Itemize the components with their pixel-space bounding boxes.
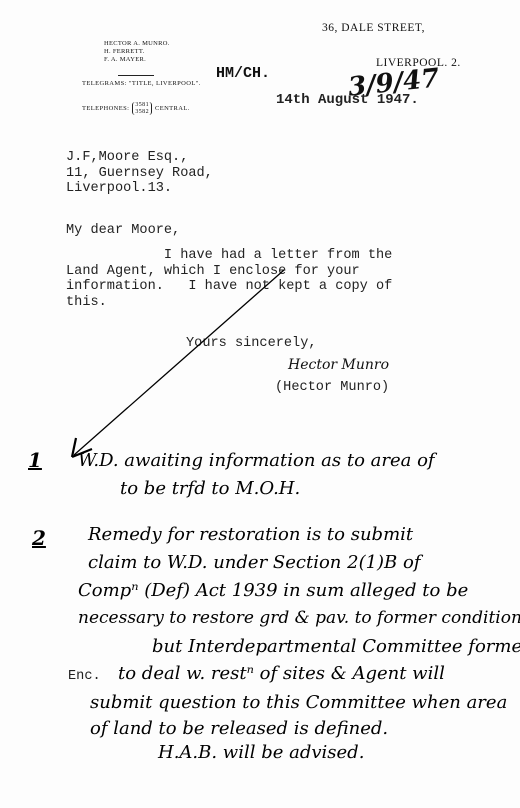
telegrams-line: TELEGRAMS: "TITLE, LIVERPOOL". bbox=[82, 80, 201, 87]
annotation-line: but Interdepartmental Committee formed bbox=[152, 636, 520, 657]
annotation-line: Compⁿ (Def) Act 1939 in sum alleged to b… bbox=[78, 580, 468, 601]
partner-name: F. A. MAYER. bbox=[104, 56, 170, 64]
partner-name: HECTOR A. MUNRO. bbox=[104, 40, 170, 48]
annotation-line: necessary to restore grd & pav. to forme… bbox=[78, 608, 520, 628]
telephones-label: TELEPHONES: bbox=[82, 105, 129, 112]
recipient-line: 11, Guernsey Road, bbox=[66, 166, 213, 182]
signature: Hector Munro bbox=[288, 357, 389, 373]
enclosure-note: Enc. bbox=[68, 669, 101, 685]
recipient-line: Liverpool.13. bbox=[66, 181, 213, 197]
letterhead-divider bbox=[118, 75, 154, 76]
signed-name: (Hector Munro) bbox=[275, 380, 389, 396]
annotation-line: W.D. awaiting information as to area of bbox=[78, 450, 435, 471]
partner-name: H. FERRETT. bbox=[104, 48, 170, 56]
closing: Yours sincerely, bbox=[186, 336, 317, 352]
telephone-number: 3582 bbox=[135, 109, 149, 116]
letter-date: 14th August 1947. bbox=[276, 93, 419, 109]
recipient-line: J.F,Moore Esq., bbox=[66, 150, 213, 166]
annotation-line: to be trfd to M.O.H. bbox=[120, 478, 300, 499]
telephone-numbers: 3581 3582 bbox=[132, 102, 152, 115]
telephone-exchange: CENTRAL. bbox=[155, 105, 190, 112]
annotation-line: Remedy for restoration is to submit bbox=[88, 524, 413, 545]
telephones-line: TELEPHONES: 3581 3582 CENTRAL. bbox=[82, 102, 190, 115]
annotation-line: submit question to this Committee when a… bbox=[90, 692, 507, 713]
body-line: I have had a letter from the bbox=[66, 248, 392, 264]
annotation-line: to deal w. restⁿ of sites & Agent will bbox=[118, 663, 445, 684]
body-line: information. I have not kept a copy of bbox=[66, 279, 392, 295]
salutation: My dear Moore, bbox=[66, 223, 180, 239]
letter-body: I have had a letter from theLand Agent, … bbox=[66, 248, 392, 310]
annotation-line: H.A.B. will be advised. bbox=[158, 742, 364, 763]
reference: HM/CH. bbox=[216, 65, 270, 82]
recipient-address: J.F,Moore Esq.,11, Guernsey Road,Liverpo… bbox=[66, 150, 213, 197]
address-street: 36, DALE STREET, bbox=[322, 22, 425, 34]
annotation-arrow-icon bbox=[0, 0, 520, 808]
body-line: Land Agent, which I enclose for your bbox=[66, 264, 392, 280]
body-line: this. bbox=[66, 295, 392, 311]
annotation-line: claim to W.D. under Section 2(1)B of bbox=[88, 552, 421, 573]
annotation-line: of land to be released is defined. bbox=[90, 718, 388, 739]
letterhead-partners: HECTOR A. MUNRO. H. FERRETT. F. A. MAYER… bbox=[104, 40, 170, 64]
annotation-number-1: 1 bbox=[28, 448, 42, 472]
annotation-number-2: 2 bbox=[32, 526, 46, 550]
letter-page: HECTOR A. MUNRO. H. FERRETT. F. A. MAYER… bbox=[0, 0, 520, 808]
